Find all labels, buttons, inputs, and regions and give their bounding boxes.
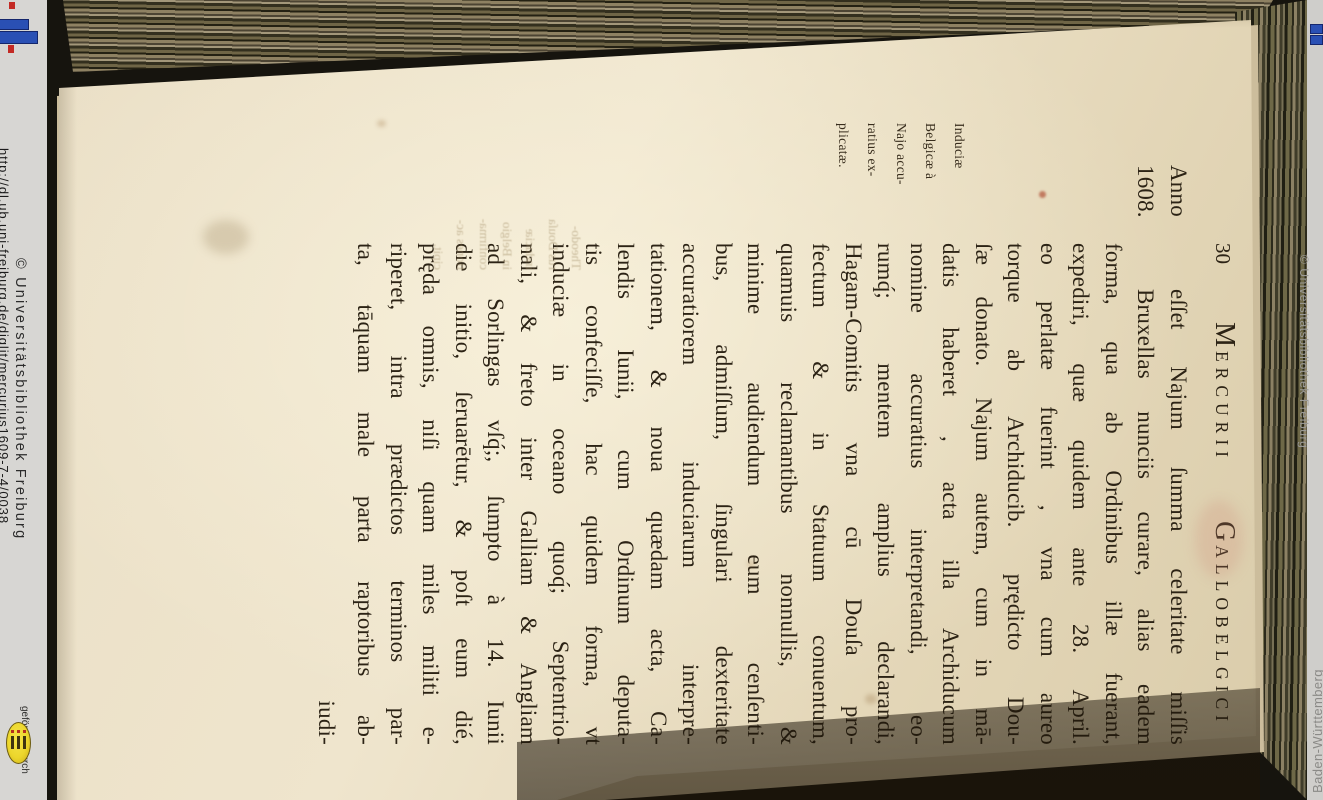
margin-year: Anno — [1162, 165, 1195, 279]
calibration-mark-red — [9, 2, 15, 9]
text-line: forma, qua ab Ordinibus illæ fuerant, — [1097, 243, 1130, 745]
text-line: riperet, intra prædictos terminos par- — [382, 243, 415, 745]
text-line: induciæ in oceano quoq́; Septentrio- — [544, 243, 577, 745]
text-line: Hagam-Comitis vna cū Douſa pro- — [837, 243, 870, 745]
source-url-text: http://dl.ub.uni-freiburg.de/diglit/merc… — [0, 148, 11, 524]
calibration-mark-blue — [0, 19, 29, 30]
text-line: accuratiorem induciarum interpre- — [674, 243, 707, 745]
margin-year: 1608. — [1129, 165, 1162, 279]
funding-emblem-icon — [6, 722, 31, 764]
copyright-text-right: © Universitätsbibliothek Freiburg — [1297, 255, 1311, 448]
text-line: tationem, & noua quædam acta, Ca- — [642, 243, 675, 745]
text-line: torque ab Archiducib. prędicto Dou- — [999, 243, 1032, 745]
text-line: lendis Iunii, cum Ordinum deputa- — [609, 243, 642, 745]
book-photo-area: 30 MERCURII GALLOBELGICI Annoeſſet Najum… — [47, 0, 1307, 800]
margin-note-line: Najo accu- — [887, 123, 916, 225]
emblem-crown-marks — [11, 730, 14, 733]
text-line: pręda omnis, niſi quam miles militi e- — [414, 243, 447, 745]
calibration-mark-blue — [1310, 24, 1323, 34]
region-label: Baden-Württemberg — [1310, 669, 1323, 793]
text-line: fectum & in Statuum conuentum, — [804, 243, 837, 745]
text-line: datis haberet , acta illa Archiducum — [934, 243, 967, 745]
page-number: 30 — [1210, 243, 1235, 264]
show-through-line: induciæ — [519, 120, 542, 270]
text-line: bus, admiſſum, ſingulari dexteritate — [707, 243, 740, 745]
text-line: quamuis reclamantibus nonnullis, & — [772, 243, 805, 745]
calibration-mark-blue — [0, 31, 38, 44]
calibration-mark-blue — [1310, 35, 1323, 45]
show-through-line: rus Douſa — [542, 120, 565, 270]
text-line: Annoeſſet Najum ſumma celeritate miſſis — [1162, 243, 1195, 745]
margin-note-line: Belgicæ à — [916, 123, 945, 225]
scan-frame-right: © Universitätsbibliothek Freiburg Baden-… — [1307, 0, 1323, 800]
text-line: ſæ donato. Najum autem, cum in mā- — [967, 243, 1000, 745]
show-through-line: Theodo- — [565, 120, 588, 270]
scan-frame-left: http://dl.ub.uni-freiburg.de/diglit/merc… — [0, 0, 47, 800]
catchword: iudi- — [310, 243, 343, 745]
page-text-rotated: 30 MERCURII GALLOBELGICI Annoeſſet Najum… — [270, 165, 1240, 760]
text-line: ad Sorlingas vſq́;, ſumpto à 14. Iunii — [479, 243, 512, 745]
calibration-mark-red — [8, 45, 14, 53]
show-through-line: tiones ac- — [450, 120, 473, 270]
margin-note-line: plicatæ. — [829, 123, 858, 225]
emblem-figures — [11, 736, 14, 749]
header-title-gallobelgici: GALLOBELGICI — [1208, 521, 1240, 727]
header-title-mercurii: MERCURII — [1208, 322, 1240, 463]
text-line: 1608.Bruxellas nunciis curare, alias ead… — [1129, 243, 1162, 745]
text-line: eo perlatæ fuerint , vna cum aureo — [1032, 243, 1065, 745]
text-line: rumq́; mentem amplius declarandi, — [869, 243, 902, 745]
text-line: minime audiendum eum cenſenti- — [739, 243, 772, 745]
scanned-book-screenshot: { "scan_frame": { "url_text": "http://dl… — [0, 0, 1323, 800]
copyright-text: © Universitätsbibliothek Freiburg — [12, 258, 28, 540]
page-header: 30 MERCURII GALLOBELGICI — [1194, 243, 1240, 727]
margin-note-line: Induciæ — [945, 123, 974, 225]
text-line: nali, & freto inter Galliam & Angliam — [512, 243, 545, 745]
text-line: expediri, quæ quidem ante 28. April. — [1064, 243, 1097, 745]
text-line: ta, tāquam male parta raptoribus ab- — [349, 243, 382, 745]
show-through-line: confirma- — [473, 120, 496, 270]
show-through-line: cipit. — [427, 120, 450, 270]
text-line: tis confeciſſe, hac quidem forma, vt — [577, 243, 610, 745]
text-line: nomine accuratius interpretandi, eo- — [902, 243, 935, 745]
margin-note: Induciæ Belgicæ à Najo accu- ratius ex- … — [829, 123, 974, 225]
text-line: die initio, ſeruarētur, & poſt eum dié, — [447, 243, 480, 745]
margin-note-line: ratius ex- — [858, 123, 887, 225]
show-through-note: Theodo- rus Douſa induciæ in Belgio conf… — [427, 120, 588, 270]
show-through-line: in Belgio — [496, 120, 519, 270]
